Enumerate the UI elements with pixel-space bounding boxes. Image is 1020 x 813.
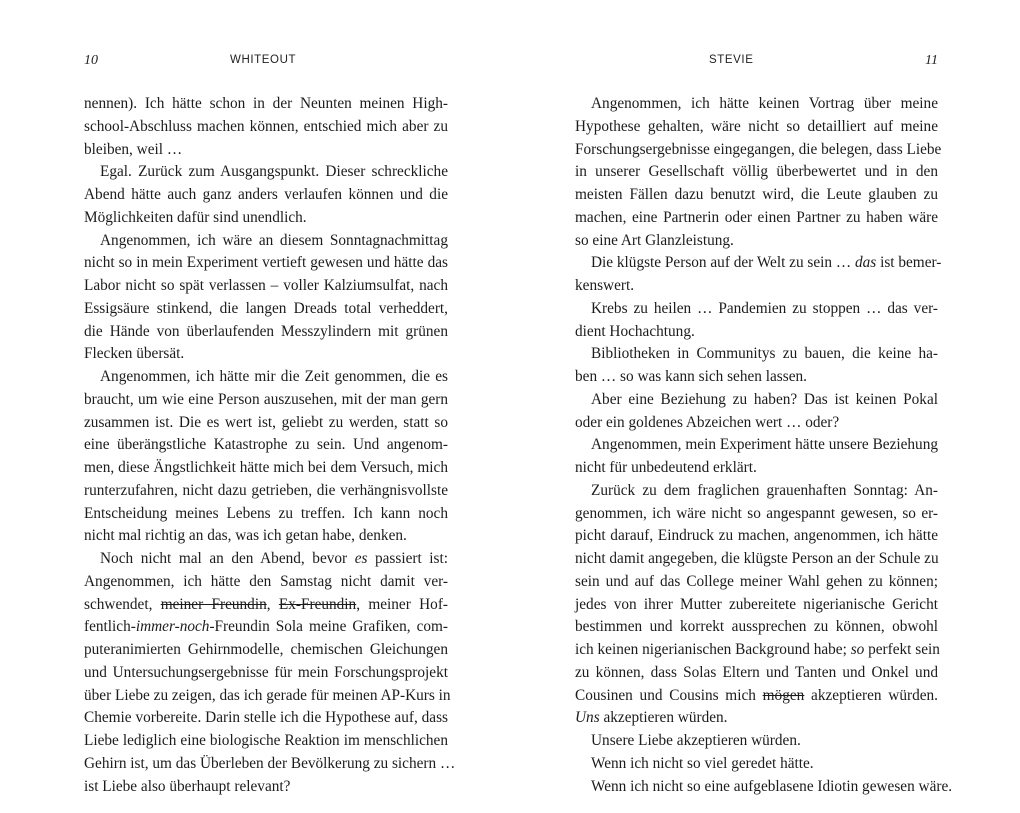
- text-line: Egal. Zurück zum Ausgangspunkt. Dieser s…: [84, 161, 448, 184]
- text-line: school-Abschluss machen können, entschie…: [84, 116, 448, 139]
- text-line: Angenommen, ich hätte den Samstag nicht …: [84, 571, 448, 594]
- text-line: und Untersuchungsergebnisse für mein For…: [84, 662, 448, 685]
- text-line: über Liebe zu zeigen, das ich gerade für…: [84, 685, 448, 708]
- text-line: meisten Fällen dazu benutzt wird, die Le…: [575, 184, 938, 207]
- text-line: nicht mal richtig an das, was ich getan …: [84, 525, 448, 548]
- text-line: Hypothese gehalten, wäre nicht so detail…: [575, 116, 938, 139]
- strikethrough-text: Ex-Freundin: [279, 596, 356, 613]
- text-line: runterzufahren, nicht dazu getrieben, di…: [84, 480, 448, 503]
- text-line: braucht, um wie eine Person auszusehen, …: [84, 389, 448, 412]
- text-line: Wenn ich nicht so viel geredet hätte.: [575, 753, 938, 776]
- text-line: nennen). Ich hätte schon in der Neunten …: [84, 93, 448, 116]
- text-line: bestimmen und korrekt aussprechen zu kön…: [575, 616, 938, 639]
- text-line: so eine Art Glanzleistung.: [575, 230, 938, 253]
- text-line: nicht so in mein Experiment vertieft gew…: [84, 252, 448, 275]
- text-line: Essigsäure stinkend, die langen Dreads t…: [84, 298, 448, 321]
- strikethrough-text: meiner Freundin: [161, 596, 267, 613]
- text-line: Angenommen, ich wäre an diesem Sonntagna…: [84, 230, 448, 253]
- text-line: Angenommen, mein Experiment hätte unsere…: [575, 434, 938, 457]
- text-line: Krebs zu heilen … Pandemien zu stoppen ……: [575, 298, 938, 321]
- book-title-header: WHITEOUT: [230, 54, 296, 66]
- text-line: bleiben, weil …: [84, 139, 448, 162]
- text-line: kenswert.: [575, 275, 938, 298]
- left-page-body: nennen). Ich hätte schon in der Neunten …: [84, 93, 448, 798]
- text-line: nicht für unbedeutend erklärt.: [575, 457, 938, 480]
- emphasis: immer-noch: [136, 618, 210, 635]
- emphasis: es: [355, 550, 368, 567]
- text-line: ich keinen nigerianischen Background hab…: [575, 639, 938, 662]
- text-line: Aber eine Beziehung zu haben? Das ist ke…: [575, 389, 938, 412]
- text-line: machen, eine Partnerin oder einen Partne…: [575, 207, 938, 230]
- text-line: Abend hätte auch ganz anders verlaufen k…: [84, 184, 448, 207]
- text-line: ben … so was kann sich sehen lassen.: [575, 366, 938, 389]
- text-line: Angenommen, ich hätte keinen Vortrag übe…: [575, 93, 938, 116]
- text-line: die Hände von überlaufenden Messzylinder…: [84, 321, 448, 344]
- text-line: Zurück zu dem fraglichen grauenhaften So…: [575, 480, 938, 503]
- running-head-right: STEVIE 11: [575, 54, 938, 72]
- text-line: oder ein goldenes Abzeichen wert … oder?: [575, 412, 938, 435]
- text-line: Angenommen, ich hätte mir die Zeit genom…: [84, 366, 448, 389]
- text-line: Chemie vorbereite. Darin stelle ich die …: [84, 707, 448, 730]
- text-line: fentlich-immer-noch-Freundin Sola meine …: [84, 616, 448, 639]
- text-line: jedes von ihrer Mutter zubereitete niger…: [575, 594, 938, 617]
- text-line: Entscheidung meines Lebens zu treffen. I…: [84, 503, 448, 526]
- text-line: puteranimierten Gehirnmodelle, chemische…: [84, 639, 448, 662]
- text-line: Bibliotheken in Communitys zu bauen, die…: [575, 343, 938, 366]
- text-line: men, diese Ängstlichkeit hätte mich bei …: [84, 457, 448, 480]
- right-page-body: Angenommen, ich hätte keinen Vortrag übe…: [575, 93, 938, 798]
- text-line: eine überängstliche Katastrophe zu sein.…: [84, 434, 448, 457]
- text-line: Labor nicht so spät verlassen – voller K…: [84, 275, 448, 298]
- text-line: dient Hochachtung.: [575, 321, 938, 344]
- text-line: Flecken übersät.: [84, 343, 448, 366]
- text-line: zusammen ist. Die es wert ist, geliebt z…: [84, 412, 448, 435]
- text-line: Möglichkeiten dafür sind unendlich.: [84, 207, 448, 230]
- text-line: nicht damit angegeben, die klügste Perso…: [575, 548, 938, 571]
- text-line: Unsere Liebe akzeptieren würden.: [575, 730, 938, 753]
- text-line: Wenn ich nicht so eine aufgeblasene Idio…: [575, 776, 938, 799]
- text-line: ist Liebe also überhaupt relevant?: [84, 776, 448, 799]
- text-line: sein und auf das College meiner Wahl geh…: [575, 571, 938, 594]
- emphasis: Uns: [575, 709, 600, 726]
- emphasis: so: [851, 641, 865, 658]
- text-line: genommen, ich wäre nicht so angespannt g…: [575, 503, 938, 526]
- text-line: Gehirn ist, um das Überleben der Bevölke…: [84, 753, 448, 776]
- text-line: Noch nicht mal an den Abend, bevor es pa…: [84, 548, 448, 571]
- text-line: Die klügste Person auf der Welt zu sein …: [575, 252, 938, 275]
- chapter-title-header: STEVIE: [709, 54, 754, 66]
- text-line: Cousinen und Cousins mich mögen akzeptie…: [575, 685, 938, 708]
- page-number-right: 11: [925, 53, 938, 69]
- text-line: zu können, dass Solas Eltern und Tanten …: [575, 662, 938, 685]
- text-line: in unserer Gesellschaft völlig überbewer…: [575, 161, 938, 184]
- text-line: Liebe lediglich eine biologische Reaktio…: [84, 730, 448, 753]
- emphasis: das: [855, 254, 876, 271]
- text-line: Forschungsergebnisse eingegangen, die be…: [575, 139, 938, 162]
- strikethrough-text: mögen: [763, 687, 805, 704]
- text-line: picht darauf, Eindruck zu machen, angeno…: [575, 525, 938, 548]
- running-head-left: 10 WHITEOUT: [84, 54, 448, 72]
- text-line: schwendet, meiner Freundin, Ex-Freundin,…: [84, 594, 448, 617]
- page-number-left: 10: [84, 53, 98, 69]
- text-line: Uns akzeptieren würden.: [575, 707, 938, 730]
